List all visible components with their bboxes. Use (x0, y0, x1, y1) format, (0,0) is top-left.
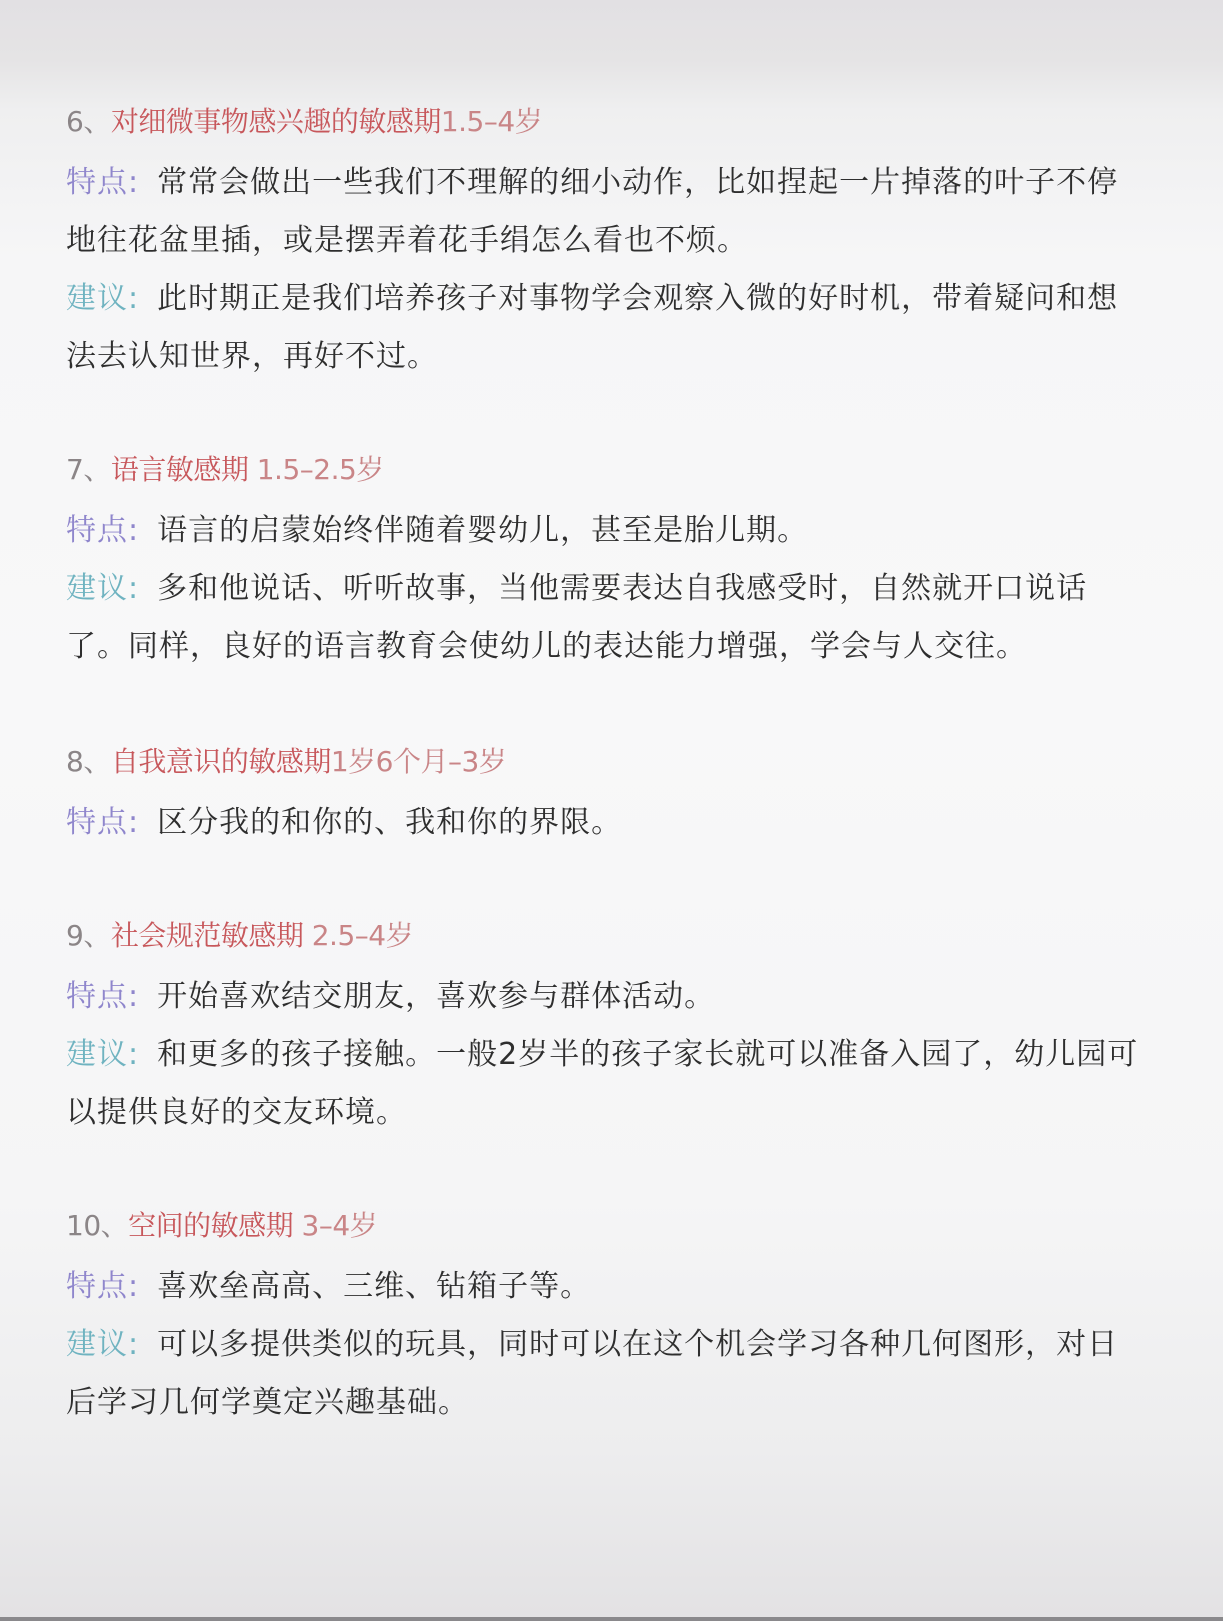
section-6: 6、对细微事物感兴趣的敏感期1.5–4岁 特点:常常会做出一些我们不理解的细小动… (66, 102, 1143, 386)
section-title: 9、社会规范敏感期 2.5–4岁 (66, 916, 1143, 956)
feature-text: 区分我的和你的、我和你的界限。 (157, 805, 622, 840)
feature-text: 常常会做出一些我们不理解的细小动作，比如捏起一片掉落的叶子不停地往花盆里插，或是… (66, 165, 1118, 258)
feature-paragraph: 特点:常常会做出一些我们不理解的细小动作，比如捏起一片掉落的叶子不停地往花盆里插… (66, 154, 1143, 270)
feature-label: 特点: (66, 165, 139, 200)
section-name: 对细微事物感兴趣的敏感期 (111, 105, 441, 138)
feature-text: 喜欢垒高高、三维、钻箱子等。 (157, 1269, 591, 1304)
advice-text: 多和他说话、听听故事，当他需要表达自我感受时，自然就开口说话了。同样，良好的语言… (66, 571, 1087, 664)
feature-label: 特点: (66, 805, 139, 840)
feature-paragraph: 特点:语言的启蒙始终伴随着婴幼儿，甚至是胎儿期。 (66, 502, 1143, 560)
section-name: 语言敏感期 (111, 453, 249, 486)
feature-label: 特点: (66, 1269, 139, 1304)
age-range: 1.5–2.5岁 (248, 453, 383, 486)
advice-paragraph: 建议:此时期正是我们培养孩子对事物学会观察入微的好时机，带着疑问和想法去认知世界… (66, 270, 1143, 386)
section-10: 10、空间的敏感期 3–4岁 特点:喜欢垒高高、三维、钻箱子等。 建议:可以多提… (66, 1206, 1143, 1432)
feature-paragraph: 特点:开始喜欢结交朋友，喜欢参与群体活动。 (66, 968, 1143, 1026)
section-title: 6、对细微事物感兴趣的敏感期1.5–4岁 (66, 102, 1143, 142)
section-8: 8、自我意识的敏感期1岁6个月–3岁 特点:区分我的和你的、我和你的界限。 (66, 742, 1143, 852)
section-title: 7、语言敏感期 1.5–2.5岁 (66, 450, 1143, 490)
feature-paragraph: 特点:区分我的和你的、我和你的界限。 (66, 794, 1143, 852)
feature-label: 特点: (66, 979, 139, 1014)
section-number: 9、 (66, 919, 111, 952)
feature-text: 开始喜欢结交朋友，喜欢参与群体活动。 (157, 979, 715, 1014)
advice-paragraph: 建议:和更多的孩子接触。一般2岁半的孩子家长就可以准备入园了，幼儿园可以提供良好… (66, 1026, 1143, 1142)
advice-text: 可以多提供类似的玩具，同时可以在这个机会学习各种几何图形，对日后学习几何学奠定兴… (66, 1327, 1118, 1420)
advice-label: 建议: (66, 1037, 139, 1072)
age-range: 1岁6个月–3岁 (331, 745, 506, 778)
advice-text: 此时期正是我们培养孩子对事物学会观察入微的好时机，带着疑问和想法去认知世界，再好… (66, 281, 1118, 374)
age-range: 1.5–4岁 (441, 105, 542, 138)
age-range: 2.5–4岁 (303, 919, 413, 952)
section-name: 社会规范敏感期 (111, 919, 304, 952)
section-number: 8、 (66, 745, 111, 778)
section-9: 9、社会规范敏感期 2.5–4岁 特点:开始喜欢结交朋友，喜欢参与群体活动。 建… (66, 916, 1143, 1142)
section-number: 10、 (66, 1209, 128, 1242)
section-7: 7、语言敏感期 1.5–2.5岁 特点:语言的启蒙始终伴随着婴幼儿，甚至是胎儿期… (66, 450, 1143, 676)
section-number: 7、 (66, 453, 111, 486)
advice-label: 建议: (66, 571, 139, 606)
feature-text: 语言的启蒙始终伴随着婴幼儿，甚至是胎儿期。 (157, 513, 808, 548)
section-title: 8、自我意识的敏感期1岁6个月–3岁 (66, 742, 1143, 782)
section-number: 6、 (66, 105, 111, 138)
section-name: 自我意识的敏感期 (111, 745, 331, 778)
feature-label: 特点: (66, 513, 139, 548)
advice-paragraph: 建议:可以多提供类似的玩具，同时可以在这个机会学习各种几何图形，对日后学习几何学… (66, 1316, 1143, 1432)
advice-label: 建议: (66, 1327, 139, 1362)
advice-text: 和更多的孩子接触。一般2岁半的孩子家长就可以准备入园了，幼儿园可以提供良好的交友… (66, 1037, 1138, 1130)
section-name: 空间的敏感期 (128, 1209, 293, 1242)
age-range: 3–4岁 (293, 1209, 377, 1242)
advice-paragraph: 建议:多和他说话、听听故事，当他需要表达自我感受时，自然就开口说话了。同样，良好… (66, 560, 1143, 676)
advice-label: 建议: (66, 281, 139, 316)
section-title: 10、空间的敏感期 3–4岁 (66, 1206, 1143, 1246)
bottom-divider (0, 1617, 1223, 1621)
feature-paragraph: 特点:喜欢垒高高、三维、钻箱子等。 (66, 1258, 1143, 1316)
